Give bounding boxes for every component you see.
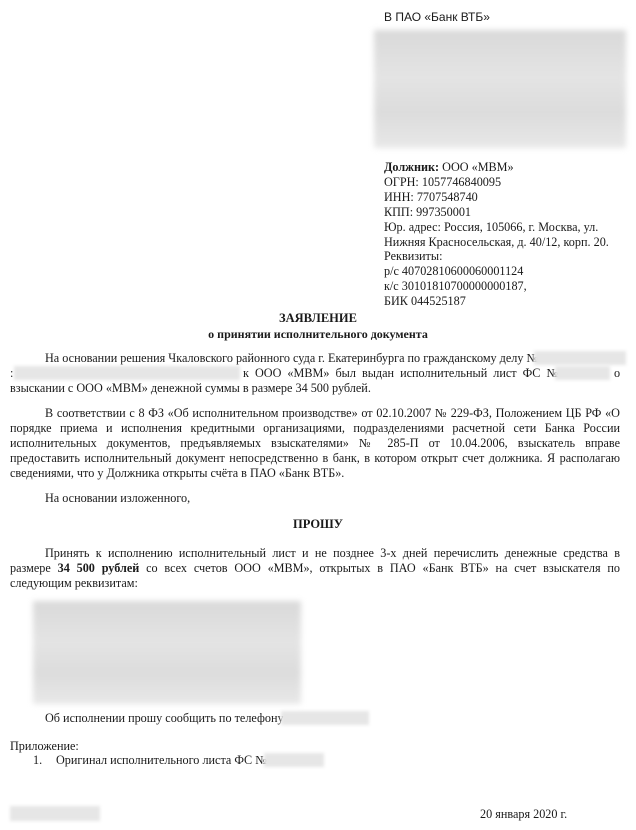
paragraph1-line1: На основании решения Чкаловского районно…: [45, 351, 538, 366]
redacted-attachment-number: [264, 753, 324, 767]
recipient: В ПАО «Банк ВТБ»: [384, 10, 490, 24]
redacted-signature: [10, 806, 100, 821]
paragraph1-line2-start: :: [10, 366, 13, 381]
paragraph4: Принять к исполнению исполнительный лист…: [10, 546, 620, 591]
redacted-phone: [281, 711, 369, 725]
debtor-name-line: Должник: ООО «МВМ»: [384, 160, 609, 175]
redacted-case-number: [534, 351, 626, 365]
debtor-label: Должник:: [384, 160, 439, 174]
debtor-kpp: КПП: 997350001: [384, 205, 609, 220]
redacted-fs-number: [555, 366, 610, 380]
redacted-claimant-requisites: [33, 601, 301, 704]
debtor-inn: ИНН: 7707548740: [384, 190, 609, 205]
attachment-item: Оригинал исполнительного листа ФС №: [56, 753, 267, 768]
paragraph1-line2-end: о: [614, 366, 620, 381]
debtor-address-2: Нижняя Красносельская, д. 40/12, корп. 2…: [384, 235, 609, 250]
debtor-address-1: Юр. адрес: Россия, 105066, г. Москва, ул…: [384, 220, 609, 235]
paragraph2: В соответствии с 8 ФЗ «Об исполнительном…: [10, 406, 620, 481]
debtor-ogrn: ОГРН: 1057746840095: [384, 175, 609, 190]
debtor-block: Должник: ООО «МВМ» ОГРН: 1057746840095 И…: [384, 160, 609, 309]
paragraph3: На основании изложенного,: [45, 491, 190, 506]
debtor-bik: БИК 044525187: [384, 294, 609, 309]
redacted-sender-block: [374, 30, 626, 148]
document-title: ЗАЯВЛЕНИЕ: [0, 311, 636, 326]
debtor-requisites-label: Реквизиты:: [384, 249, 609, 264]
debtor-rs: р/с 40702810600060001124: [384, 264, 609, 279]
paragraph1-line2-mid: к ООО «МВМ» был выдан исполнительный лис…: [243, 366, 558, 381]
document-date: 20 января 2020 г.: [480, 807, 567, 822]
notify-text: Об исполнении прошу сообщить по телефону: [45, 711, 284, 726]
debtor-name: ООО «МВМ»: [442, 160, 513, 174]
attachment-num: 1.: [33, 753, 42, 768]
redacted-case-number-cont: [14, 366, 240, 380]
paragraph1-line3: взыскании с ООО «МВМ» денежной суммы в р…: [10, 381, 371, 396]
amount: 34 500 рублей: [58, 561, 140, 575]
document-subtitle: о принятии исполнительного документа: [0, 327, 636, 342]
debtor-ks: к/с 30101810700000000187,: [384, 279, 609, 294]
request-heading: ПРОШУ: [0, 517, 636, 532]
attachments-label: Приложение:: [10, 739, 79, 754]
